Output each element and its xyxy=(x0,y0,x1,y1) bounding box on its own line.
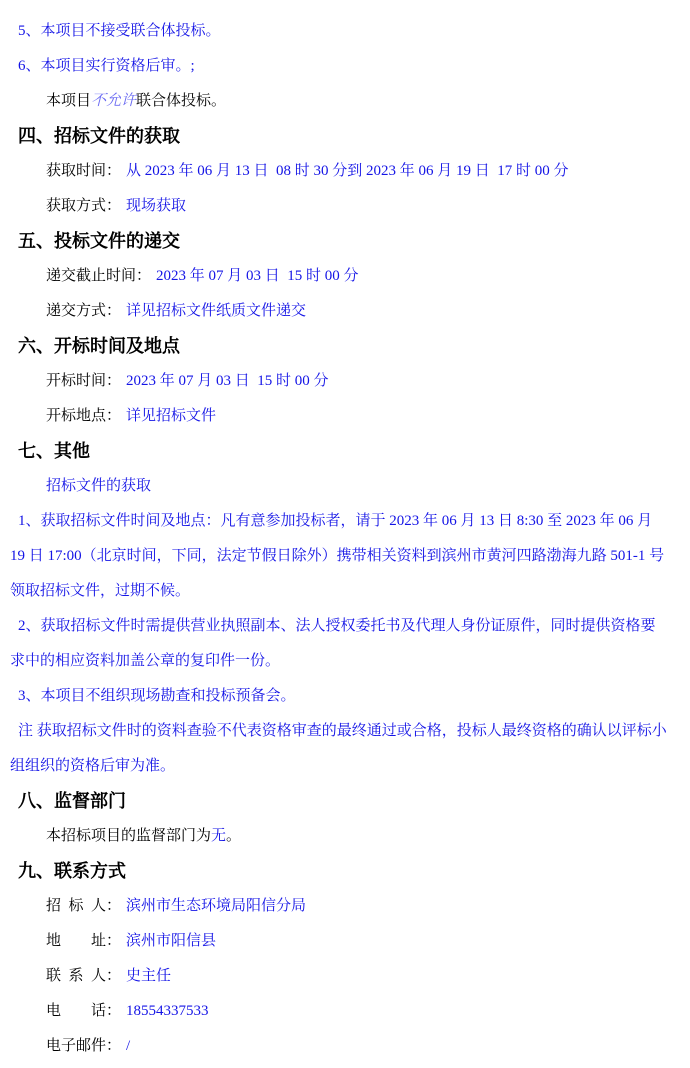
supervision-line: 本招标项目的监督部门为无。 xyxy=(46,819,690,854)
opening-time-value: 2023 年 07 月 03 日 15 时 00 分 xyxy=(126,373,329,389)
section-heading-submission: 五、投标文件的递交 xyxy=(18,224,690,259)
submission-method-label: 递交方式： xyxy=(46,303,121,319)
section-heading-supervision: 八、监督部门 xyxy=(18,784,690,819)
opening-place-value: 详见招标文件 xyxy=(126,408,216,424)
contact-tenderer-label: 招 标 人： xyxy=(46,898,121,914)
acquisition-time-value: 从 2023 年 06 月 13 日 08 时 30 分到 2023 年 06 … xyxy=(126,163,569,179)
joint-bid-line: 本项目不允许联合体投标。 xyxy=(46,84,690,119)
contact-email-label: 电子邮件： xyxy=(46,1038,121,1054)
submission-method-value: 详见招标文件纸质文件递交 xyxy=(126,303,306,319)
acquisition-method-value: 现场获取 xyxy=(126,198,186,214)
notice-item-6: 6、本项目实行资格后审。; xyxy=(18,49,690,84)
contact-tenderer-row: 招 标 人：滨州市生态环境局阳信分局 xyxy=(46,889,690,924)
tender-notice-document: 5、本项目不接受联合体投标。 6、本项目实行资格后审。; 本项目不允许联合体投标… xyxy=(0,14,690,1064)
submission-deadline-value: 2023 年 07 月 03 日 15 时 00 分 xyxy=(156,268,359,284)
contact-tenderer-value: 滨州市生态环境局阳信分局 xyxy=(126,898,306,914)
joint-bid-suffix: 联合体投标。 xyxy=(136,93,226,109)
acquisition-time-row: 获取时间：从 2023 年 06 月 13 日 08 时 30 分到 2023 … xyxy=(46,154,690,189)
contact-person-value: 史主任 xyxy=(126,968,171,984)
contact-address-value: 滨州市阳信县 xyxy=(126,933,216,949)
opening-time-label: 开标时间： xyxy=(46,373,121,389)
section-heading-opening: 六、开标时间及地点 xyxy=(18,329,690,364)
joint-bid-emphasis: 不允许 xyxy=(91,93,136,109)
other-paragraph-2: 2、获取招标文件时需提供营业执照副本、法人授权委托书及代理人身份证原件，同时提供… xyxy=(10,609,670,679)
other-paragraph-3: 3、本项目不组织现场勘查和投标预备会。 xyxy=(10,679,670,714)
acquisition-time-label: 获取时间： xyxy=(46,163,121,179)
acquisition-method-label: 获取方式： xyxy=(46,198,121,214)
acquisition-method-row: 获取方式：现场获取 xyxy=(46,189,690,224)
contact-phone-row: 电 话：18554337533 xyxy=(46,994,690,1029)
contact-person-label: 联 系 人： xyxy=(46,968,121,984)
opening-place-label: 开标地点： xyxy=(46,408,121,424)
submission-deadline-label: 递交截止时间： xyxy=(46,268,151,284)
section-heading-contact: 九、联系方式 xyxy=(18,854,690,889)
contact-email-row: 电子邮件：/ xyxy=(46,1029,690,1064)
opening-place-row: 开标地点：详见招标文件 xyxy=(46,399,690,434)
other-subheading: 招标文件的获取 xyxy=(46,469,690,504)
supervision-value: 无 xyxy=(211,828,226,844)
supervision-suffix: 。 xyxy=(226,828,241,844)
other-paragraph-1: 1、获取招标文件时间及地点：凡有意参加投标者，请于 2023 年 06 月 13… xyxy=(10,504,670,609)
other-paragraph-note: 注 获取招标文件时的资料查验不代表资格审查的最终通过或合格，投标人最终资格的确认… xyxy=(10,714,670,784)
opening-time-row: 开标时间：2023 年 07 月 03 日 15 时 00 分 xyxy=(46,364,690,399)
contact-person-row: 联 系 人：史主任 xyxy=(46,959,690,994)
contact-phone-label: 电 话： xyxy=(46,1003,121,1019)
submission-deadline-row: 递交截止时间：2023 年 07 月 03 日 15 时 00 分 xyxy=(46,259,690,294)
contact-address-label: 地 址： xyxy=(46,933,121,949)
contact-phone-value: 18554337533 xyxy=(126,1003,209,1019)
notice-item-5: 5、本项目不接受联合体投标。 xyxy=(18,14,690,49)
section-heading-other: 七、其他 xyxy=(18,434,690,469)
submission-method-row: 递交方式：详见招标文件纸质文件递交 xyxy=(46,294,690,329)
contact-email-value: / xyxy=(126,1038,130,1054)
supervision-prefix: 本招标项目的监督部门为 xyxy=(46,828,211,844)
contact-address-row: 地 址：滨州市阳信县 xyxy=(46,924,690,959)
joint-bid-prefix: 本项目 xyxy=(46,93,91,109)
section-heading-acquisition: 四、招标文件的获取 xyxy=(18,119,690,154)
